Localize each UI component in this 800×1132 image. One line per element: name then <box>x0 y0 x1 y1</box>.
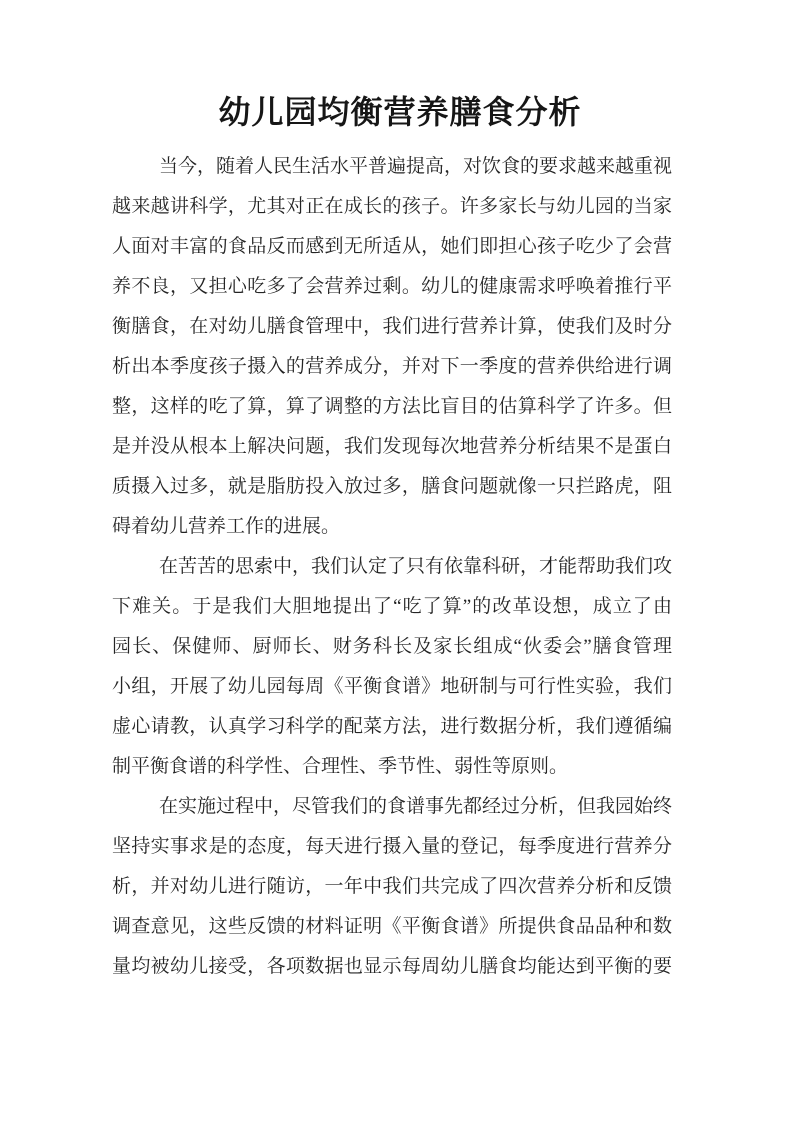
text-line: 坚持实事求是的态度，每天进行摄入量的登记，每季度进行营养分 <box>112 827 672 867</box>
text-line: 当今，随着人民生活水平普遍提高，对饮食的要求越来越重视 <box>112 147 672 187</box>
text-line: 下难关。于是我们大胆地提出了“吃了算”的改革设想，成立了由 <box>112 587 672 627</box>
document-body: 当今，随着人民生活水平普遍提高，对饮食的要求越来越重视越来越讲科学，尤其对正在成… <box>112 147 672 987</box>
document-page: 幼儿园均衡营养膳食分析 当今，随着人民生活水平普遍提高，对饮食的要求越来越重视越… <box>0 0 800 1132</box>
text-line: 人面对丰富的食品反而感到无所适从，她们即担心孩子吃少了会营 <box>112 227 672 267</box>
text-line: 衡膳食，在对幼儿膳食管理中，我们进行营养计算，使我们及时分 <box>112 307 672 347</box>
text-line: 碍着幼儿营养工作的进展。 <box>112 507 672 547</box>
document-title: 幼儿园均衡营养膳食分析 <box>0 90 800 134</box>
text-line: 是并没从根本上解决问题，我们发现每次地营养分析结果不是蛋白 <box>112 427 672 467</box>
text-line: 园长、保健师、厨师长、财务科长及家长组成“伙委会”膳食管理 <box>112 627 672 667</box>
text-line: 量均被幼儿接受，各项数据也显示每周幼儿膳食均能达到平衡的要 <box>112 947 672 987</box>
text-line: 整，这样的吃了算，算了调整的方法比盲目的估算科学了许多。但 <box>112 387 672 427</box>
text-line: 质摄入过多，就是脂肪投入放过多，膳食问题就像一只拦路虎，阻 <box>112 467 672 507</box>
text-line: 制平衡食谱的科学性、合理性、季节性、弱性等原则。 <box>112 747 672 787</box>
text-line: 在实施过程中，尽管我们的食谱事先都经过分析，但我园始终 <box>112 787 672 827</box>
text-line: 虚心请教，认真学习科学的配菜方法，进行数据分析，我们遵循编 <box>112 707 672 747</box>
text-line: 小组，开展了幼儿园每周《平衡食谱》地研制与可行性实验，我们 <box>112 667 672 707</box>
text-line: 调查意见，这些反馈的材料证明《平衡食谱》所提供食品品种和数 <box>112 907 672 947</box>
text-line: 在苦苦的思索中，我们认定了只有依靠科研，才能帮助我们攻 <box>112 547 672 587</box>
text-line: 析，并对幼儿进行随访，一年中我们共完成了四次营养分析和反馈 <box>112 867 672 907</box>
text-line: 养不良，又担心吃多了会营养过剩。幼儿的健康需求呼唤着推行平 <box>112 267 672 307</box>
text-line: 越来越讲科学，尤其对正在成长的孩子。许多家长与幼儿园的当家 <box>112 187 672 227</box>
text-line: 析出本季度孩子摄入的营养成分，并对下一季度的营养供给进行调 <box>112 347 672 387</box>
